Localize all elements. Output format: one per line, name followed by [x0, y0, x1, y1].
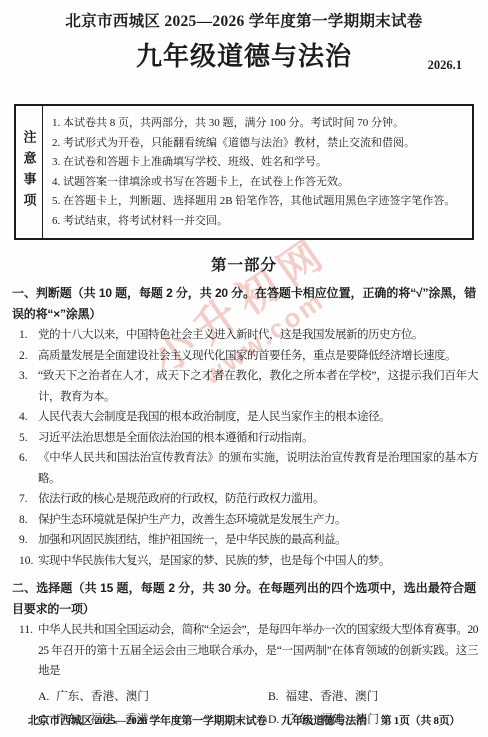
option-text: 广东、香港、澳门: [56, 689, 149, 703]
item-number: 2.: [19, 346, 28, 367]
item-number: 10.: [19, 551, 33, 572]
judgment-item-4: 4. 人民代表大会制度是我国的根本政治制度，是人民当家作主的根本途径。: [10, 407, 478, 428]
part-one-heading: 第一部分: [0, 256, 488, 276]
item-number: 4.: [19, 407, 28, 428]
item-number: 8.: [19, 510, 28, 531]
option-text: 福建、香港、澳门: [285, 689, 378, 703]
notice-item-5: 5. 在答题卡上，判断题、选择题用 2B 铅笔作答，其他试题用黑色字迹签字笔作答…: [52, 192, 470, 212]
subject-row: 九年级道德与法治 2026.1: [0, 36, 488, 74]
notice-item-3: 3. 在试卷和答题卡上准确填写学校、班级、姓名和学号。: [52, 153, 470, 173]
judgment-section-intro: 一、判断题（共 10 题，每题 2 分，共 20 分。在答题卡相应位置，正确的将…: [12, 283, 476, 325]
page-footer: 北京市西城区 2025—2026 学年度第一学期期末试卷九年级道德与法治第 1页…: [0, 712, 488, 728]
item-number: 5.: [19, 428, 28, 449]
item-text: 保护生态环境就是保护生产力，改善生态环境就是发展生产力。: [38, 514, 346, 526]
notice-body: 1. 本试卷共 8 页，共两部分，共 30 题，满分 100 分。考试时间 70…: [43, 106, 472, 238]
notice-item-1: 1. 本试卷共 8 页，共两部分，共 30 题，满分 100 分。考试时间 70…: [52, 114, 470, 134]
item-text: 习近平法治思想是全面依法治国的根本遵循和行动指南。: [38, 432, 313, 444]
question-stem: 中华人民共和国全国运动会，简称“全运会”，是每四年举办一次的国家级大型体育赛事。…: [38, 624, 478, 677]
option-b: B.福建、香港、澳门: [268, 685, 478, 709]
item-text: 高质量发展是全面建设社会主义现代化国家的首要任务，重点是要降低经济增长速度。: [38, 350, 456, 362]
question-number: 11.: [19, 620, 33, 641]
item-number: 9.: [19, 530, 28, 551]
question-11: 11. 中华人民共和国全国运动会，简称“全运会”，是每四年举办一次的国家级大型体…: [10, 620, 478, 682]
notice-item-6: 6. 考试结束，将考试材料一并交回。: [52, 212, 470, 232]
judgment-item-3: 3. “致天下之治者在人才，成天下之才者在教化，教化之所本者在学校”，这提示我们…: [10, 366, 478, 407]
notice-label-cell: 注意事项: [16, 106, 43, 238]
item-text: 加强和巩固民族团结，维护祖国统一，是中华民族的最高利益。: [38, 534, 346, 546]
item-text: 《中华人民共和国法治宣传教育法》的颁布实施，说明法治宣传教育是治理国家的基本方略…: [38, 452, 478, 485]
item-number: 6.: [19, 448, 28, 469]
item-text: 实现中华民族伟大复兴，是国家的梦、民族的梦，也是每个中国人的梦。: [38, 555, 390, 567]
item-text: 党的十八大以来，中国特色社会主义进入新时代，这是我国发展新的历史方位。: [38, 329, 423, 341]
page-content: 北京市西城区 2025—2026 学年度第一学期期末试卷 九年级道德与法治 20…: [0, 0, 488, 732]
subject-title: 九年级道德与法治: [136, 36, 352, 73]
footer-exam-title: 北京市西城区 2025—2026 学年度第一学期期末试卷: [21, 715, 274, 727]
judgment-item-6: 6. 《中华人民共和国法治宣传教育法》的颁布实施，说明法治宣传教育是治理国家的基…: [10, 448, 478, 489]
item-text: “致天下之治者在人才，成天下之才者在教化，教化之所本者在学校”，这提示我们百年大…: [38, 370, 478, 403]
judgment-item-5: 5. 习近平法治思想是全面依法治国的根本遵循和行动指南。: [10, 428, 478, 449]
judgment-item-9: 9. 加强和巩固民族团结，维护祖国统一，是中华民族的最高利益。: [10, 530, 478, 551]
judgment-item-8: 8. 保护生态环境就是保护生产力，改善生态环境就是发展生产力。: [10, 510, 478, 531]
judgment-item-7: 7. 依法行政的核心是规范政府的行政权，防范行政权力滥用。: [10, 489, 478, 510]
judgment-item-2: 2. 高质量发展是全面建设社会主义现代化国家的首要任务，重点是要降低经济增长速度…: [10, 346, 478, 367]
notice-item-2: 2. 考试形式为开卷，只能翻看统编《道德与法治》教材，禁止交流和借阅。: [52, 134, 470, 154]
judgment-item-1: 1. 党的十八大以来，中国特色社会主义进入新时代，这是我国发展新的历史方位。: [10, 325, 478, 346]
footer-subject: 九年级道德与法治: [274, 715, 374, 727]
choice-section-intro: 二、选择题（共 15 题，每题 2 分，共 30 分。在每题列出的四个选项中，选…: [12, 578, 476, 620]
option-a: A.广东、香港、澳门: [38, 685, 268, 709]
item-text: 依法行政的核心是规范政府的行政权，防范行政权力滥用。: [38, 493, 324, 505]
item-number: 7.: [19, 489, 28, 510]
item-number: 1.: [19, 325, 28, 346]
item-text: 人民代表大会制度是我国的根本政治制度，是人民当家作主的根本途径。: [38, 411, 390, 423]
notice-item-4: 4. 试题答案一律填涂或书写在答题卡上，在试卷上作答无效。: [52, 173, 470, 193]
exam-title: 北京市西城区 2025—2026 学年度第一学期期末试卷: [0, 0, 488, 31]
item-number: 3.: [19, 366, 28, 387]
option-label: A.: [38, 689, 49, 703]
judgment-item-10: 10. 实现中华民族伟大复兴，是国家的梦、民族的梦，也是每个中国人的梦。: [10, 551, 478, 572]
exam-paper-page: 小升初网 www.com 北京市西城区 2025—2026 学年度第一学期期末试…: [0, 0, 488, 737]
notice-label-text: 注意事项: [20, 130, 39, 214]
footer-page-number: 第 1页（共 8页）: [374, 715, 468, 727]
exam-date: 2026.1: [428, 58, 462, 73]
notice-box: 注意事项 1. 本试卷共 8 页，共两部分，共 30 题，满分 100 分。考试…: [14, 104, 474, 240]
option-label: B.: [268, 689, 278, 703]
